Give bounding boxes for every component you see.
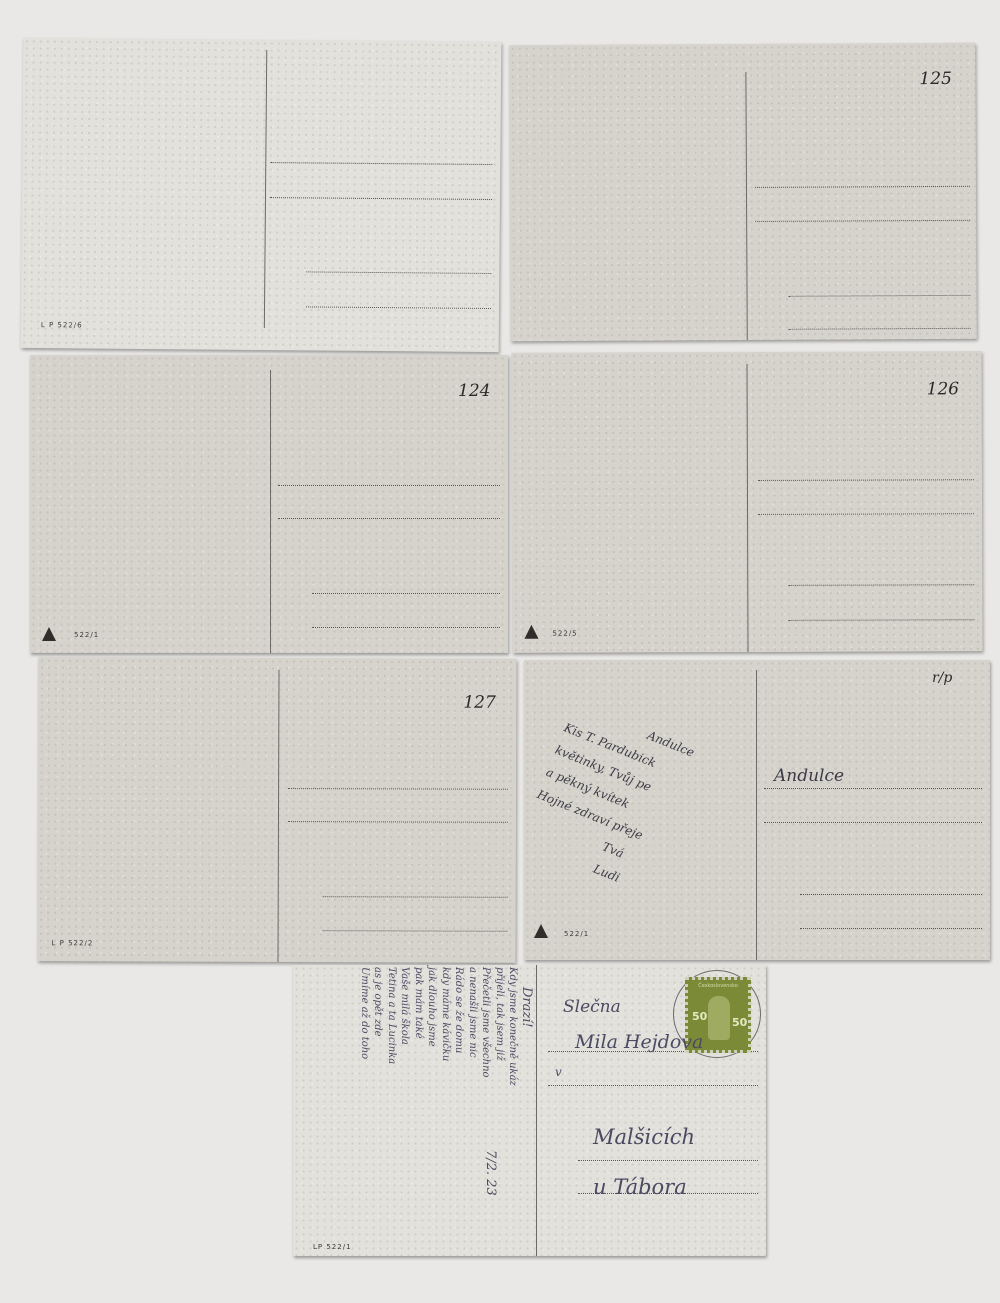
handwritten-number: 125 [919, 69, 952, 89]
center-divider [277, 670, 279, 962]
stamp-value: 50 [732, 1016, 747, 1029]
address-line [270, 162, 492, 165]
stamp-figure [708, 996, 730, 1040]
address-line [578, 1160, 758, 1161]
center-divider [756, 670, 757, 960]
postcard-4: 522/5 126 [511, 351, 982, 653]
address-line [323, 930, 508, 932]
publisher-logo-icon [524, 625, 538, 639]
address-line [758, 479, 974, 481]
stamp-country: Československo [692, 983, 744, 989]
postcard-5: L P 522/2 127 [37, 657, 516, 963]
postcard-7: LP 522/1 Československo 50 50 Slečna Mil… [293, 965, 766, 1256]
handwritten-number: r/p [932, 670, 952, 686]
center-divider [747, 364, 749, 652]
address-line [306, 271, 491, 274]
printed-code: L P 522/2 [52, 939, 94, 947]
address-line [306, 306, 491, 309]
message-date: 7/2. 23 [483, 1150, 498, 1196]
address-line [312, 627, 500, 628]
handwritten-number: 124 [458, 381, 490, 401]
postcard-3: 522/1 124 [30, 355, 508, 653]
publisher-logo-icon [534, 924, 548, 938]
printed-code: 522/1 [564, 930, 589, 938]
center-divider [536, 965, 537, 1256]
address-line [278, 518, 500, 519]
printed-code: 522/5 [552, 630, 577, 638]
address-line [800, 894, 982, 895]
address-town: Malšicích [593, 1125, 695, 1149]
stamp-value: 50 [692, 1010, 707, 1023]
address-line [789, 295, 971, 297]
address-line [312, 593, 500, 594]
address-line [789, 328, 971, 330]
address-line [323, 896, 508, 898]
address-name: Mila Hejdova [575, 1031, 703, 1053]
message-greeting: Drazí! [520, 967, 534, 1247]
handwritten-message: Drazí! Kdy jsme konečně ukáz přijeli, ta… [358, 967, 534, 1247]
postcard-6: 522/1 r/p Andulce Andulce Kis T. Pardubi… [524, 660, 990, 960]
handwritten-address: Andulce [774, 766, 844, 786]
address-line [758, 513, 974, 515]
address-line [288, 788, 508, 790]
postcard-1: L P 522/6 [21, 38, 502, 352]
handwritten-number: 127 [463, 693, 496, 713]
address-line [755, 186, 970, 188]
printed-code: LP 522/1 [313, 1243, 352, 1251]
address-line [755, 220, 970, 222]
address-line [278, 485, 500, 486]
handwritten-number: 126 [927, 379, 960, 399]
address-line [764, 822, 982, 823]
printed-code: L P 522/6 [41, 321, 83, 329]
address-line [800, 928, 982, 929]
publisher-logo-icon [42, 627, 56, 641]
center-divider [264, 50, 267, 328]
printed-code: 522/1 [74, 631, 99, 639]
address-line [788, 619, 974, 621]
address-line [788, 584, 974, 586]
address-line [548, 1085, 758, 1086]
address-line [288, 821, 508, 823]
address-preposition: v [555, 1065, 562, 1079]
address-salutation: Slečna [563, 997, 621, 1017]
address-line [764, 788, 982, 789]
address-region: u Tábora [593, 1175, 687, 1199]
center-divider [270, 370, 271, 653]
center-divider [745, 72, 747, 340]
postcard-2: 125 [509, 43, 977, 341]
address-line [270, 197, 492, 200]
